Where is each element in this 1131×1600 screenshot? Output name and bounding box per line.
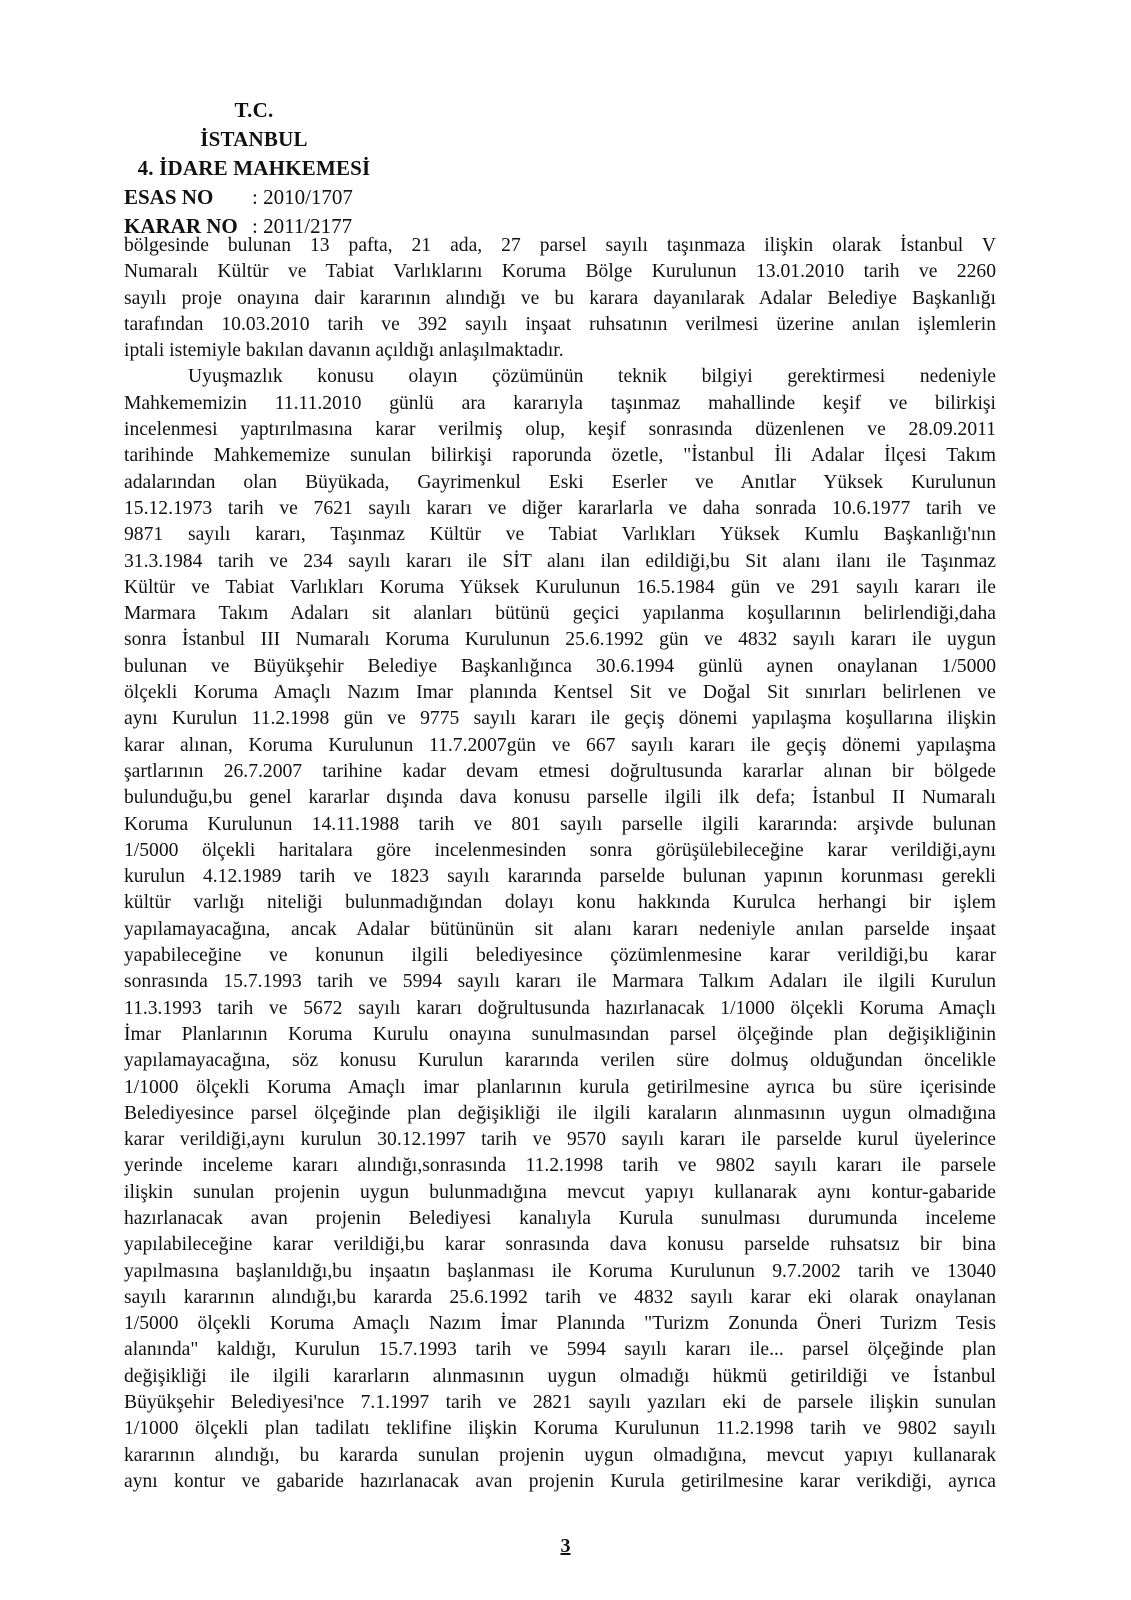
header-tc: T.C.	[124, 96, 384, 125]
body-line: Belediyesince parsel ölçeğinde plan deği…	[124, 1101, 996, 1127]
body-line: aynı Kurulun 11.2.1998 gün ve 9775 sayıl…	[124, 706, 996, 732]
header-court: 4. İDARE MAHKEMESİ	[124, 154, 384, 183]
body-line: yerinde inceleme kararı alındığı,sonrası…	[124, 1153, 996, 1179]
body-line: bulunduğu,bu genel kararlar dışında dava…	[124, 785, 996, 811]
body-line: kültür varlığı niteliği bulunmadığından …	[124, 890, 996, 916]
body-line: yapılabileceğine karar verildiği,bu kara…	[124, 1232, 996, 1258]
header-city: İSTANBUL	[124, 125, 384, 154]
body-line: 11.3.1993 tarih ve 5672 sayılı kararı do…	[124, 996, 996, 1022]
body-line: kurulun 4.12.1989 tarih ve 1823 sayılı k…	[124, 864, 996, 890]
body-line: tarihinde Mahkememize sunulan bilirkişi …	[124, 443, 996, 469]
body-line: Marmara Takım Adaları sit alanları bütün…	[124, 601, 996, 627]
body-line: değişikliği ile ilgili kararların alınma…	[124, 1364, 996, 1390]
body-line: şartlarının 26.7.2007 tarihine kadar dev…	[124, 759, 996, 785]
body-line: Büyükşehir Belediyesi'nce 7.1.1997 tarih…	[124, 1390, 996, 1416]
body-line: Mahkememizin 11.11.2010 günlü ara kararı…	[124, 391, 996, 417]
page-number: 3	[0, 1535, 1131, 1558]
body-line: iptali istemiyle bakılan davanın açıldığ…	[124, 338, 996, 364]
body-line: 1/5000 ölçekli haritalara göre incelenme…	[124, 838, 996, 864]
document-header: T.C. İSTANBUL 4. İDARE MAHKEMESİ ESAS NO…	[124, 96, 424, 241]
esas-no-label: ESAS NO	[124, 183, 252, 212]
body-line: 15.12.1973 tarih ve 7621 sayılı kararı v…	[124, 496, 996, 522]
body-line: yapılmasına başlanıldığı,bu inşaatın baş…	[124, 1259, 996, 1285]
body-line: yapabileceğine ve konunun ilgili belediy…	[124, 943, 996, 969]
body-line: 31.3.1984 tarih ve 234 sayılı kararı ile…	[124, 549, 996, 575]
document-body: bölgesinde bulunan 13 pafta, 21 ada, 27 …	[124, 233, 996, 1495]
body-line: alanında" kaldığı, Kurulun 15.7.1993 tar…	[124, 1337, 996, 1363]
body-line: sayılı proje onayına dair kararının alın…	[124, 286, 996, 312]
body-line: yapılamayacağına, ancak Adalar bütününün…	[124, 917, 996, 943]
body-line: yapılamayacağına, söz konusu Kurulun kar…	[124, 1048, 996, 1074]
body-line: Kültür ve Tabiat Varlıkları Koruma Yükse…	[124, 575, 996, 601]
esas-no-value: : 2010/1707	[252, 183, 353, 212]
body-line: kararının alındığı, bu kararda sunulan p…	[124, 1443, 996, 1469]
body-line: karar verildiği,aynı kurulun 30.12.1997 …	[124, 1127, 996, 1153]
body-line: Uyuşmazlık konusu olayın çözümünün tekni…	[124, 364, 996, 390]
body-line: Koruma Kurulunun 14.11.1988 tarih ve 801…	[124, 812, 996, 838]
body-line: hazırlanacak avan projenin Belediyesi ka…	[124, 1206, 996, 1232]
body-line: sayılı kararının alındığı,bu kararda 25.…	[124, 1285, 996, 1311]
body-line: bölgesinde bulunan 13 pafta, 21 ada, 27 …	[124, 233, 996, 259]
body-line: 1/1000 ölçekli plan tadilatı teklifine i…	[124, 1416, 996, 1442]
body-line: Numaralı Kültür ve Tabiat Varlıklarını K…	[124, 259, 996, 285]
body-line: tarafından 10.03.2010 tarih ve 392 sayıl…	[124, 312, 996, 338]
body-line: 1/5000 ölçekli Koruma Amaçlı Nazım İmar …	[124, 1311, 996, 1337]
body-line: ölçekli Koruma Amaçlı Nazım Imar planınd…	[124, 680, 996, 706]
body-line: 1/1000 ölçekli Koruma Amaçlı imar planla…	[124, 1075, 996, 1101]
body-line: adalarından olan Büyükada, Gayrimenkul E…	[124, 470, 996, 496]
body-line: sonra İstanbul III Numaralı Koruma Kurul…	[124, 627, 996, 653]
body-line: incelenmesi yaptırılmasına karar verilmi…	[124, 417, 996, 443]
body-line: bulunan ve Büyükşehir Belediye Başkanlığ…	[124, 654, 996, 680]
body-line: aynı kontur ve gabaride hazırlanacak ava…	[124, 1469, 996, 1495]
body-line: ilişkin sunulan projenin uygun bulunmadı…	[124, 1180, 996, 1206]
body-line: İmar Planlarının Koruma Kurulu onayına s…	[124, 1022, 996, 1048]
body-line: karar alınan, Koruma Kurulunun 11.7.2007…	[124, 733, 996, 759]
esas-no-row: ESAS NO : 2010/1707	[124, 183, 424, 212]
body-line: sonrasında 15.7.1993 tarih ve 5994 sayıl…	[124, 969, 996, 995]
body-line: 9871 sayılı kararı, Taşınmaz Kültür ve T…	[124, 522, 996, 548]
